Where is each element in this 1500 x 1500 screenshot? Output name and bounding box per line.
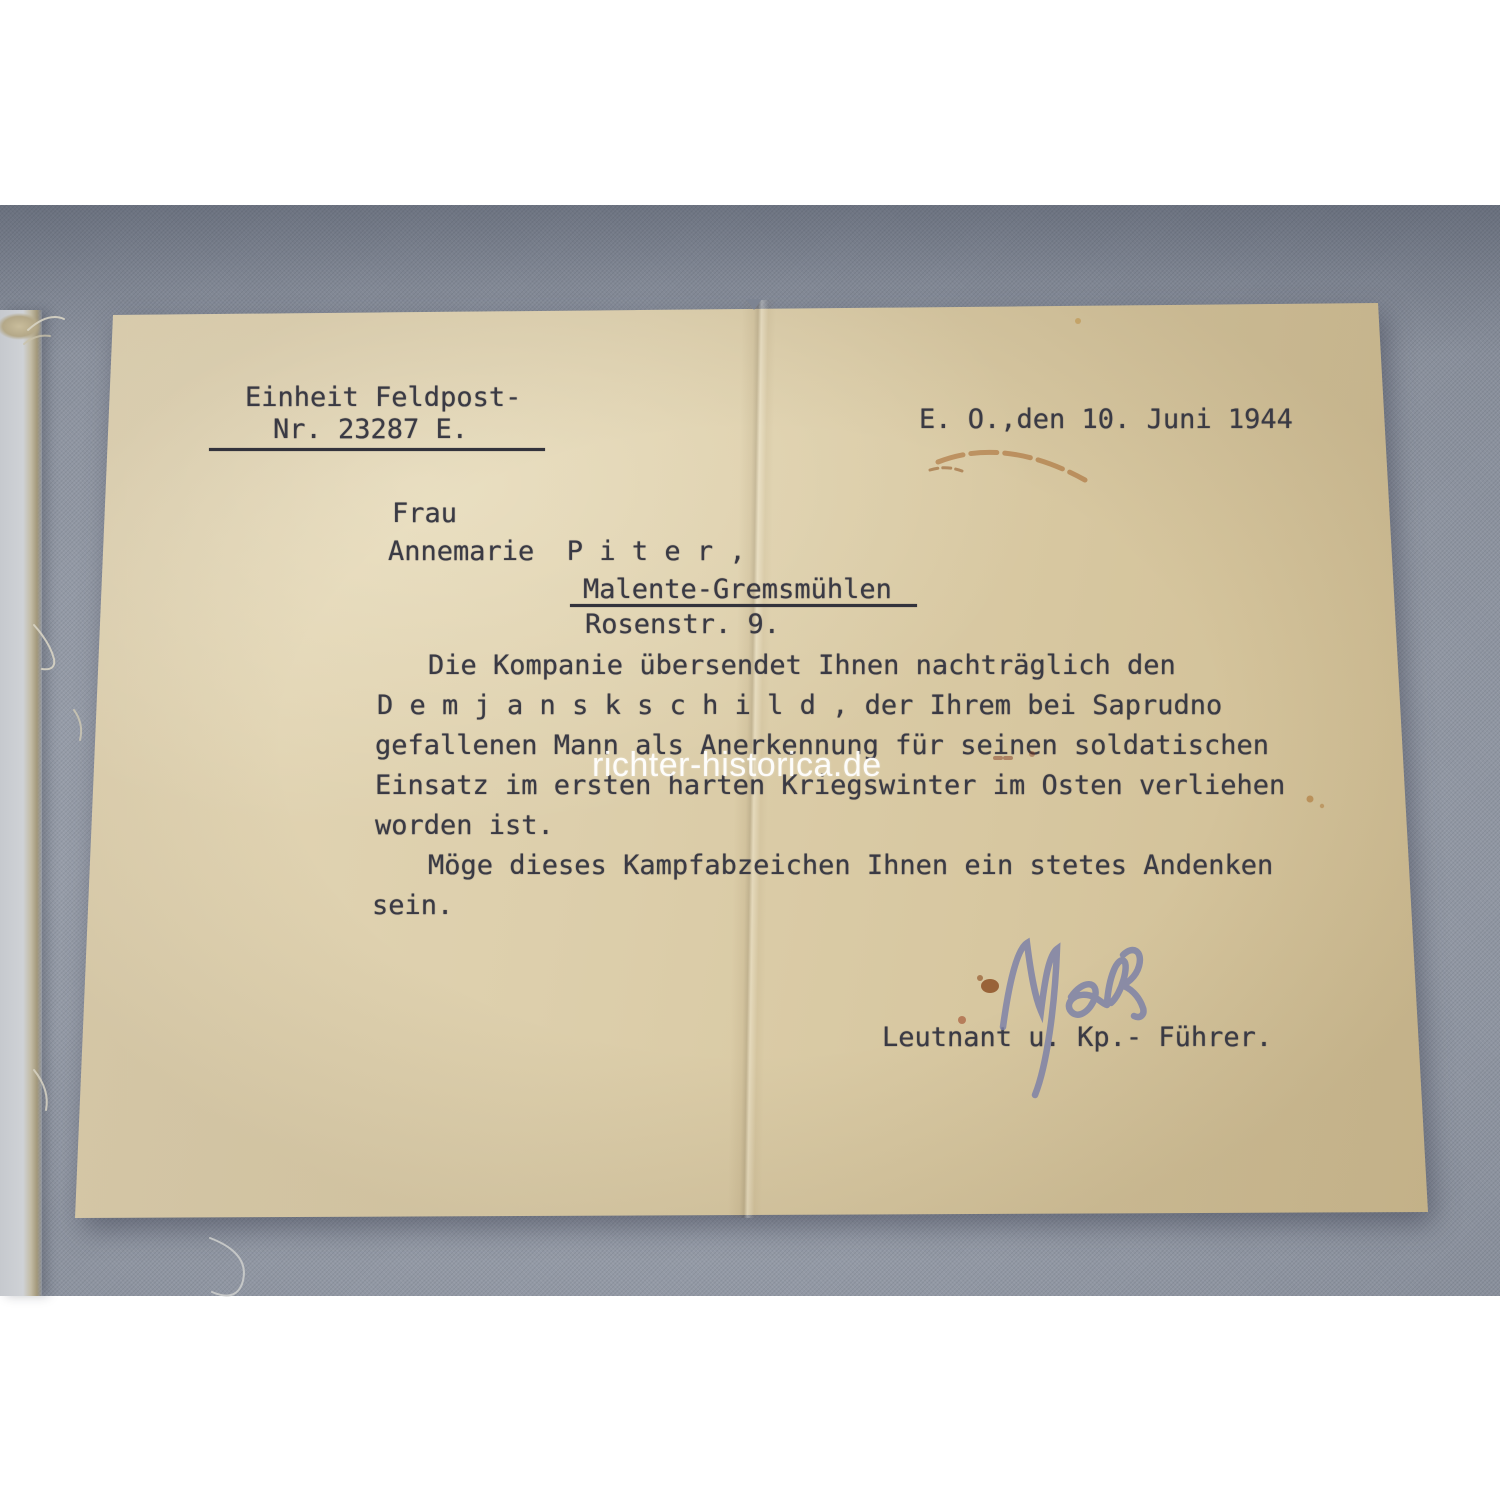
fold-top-notch	[746, 299, 762, 310]
town-underline	[570, 604, 917, 607]
watermark-text: richter-historica.de	[592, 746, 882, 785]
recipient-town: Malente-Gremsmühlen	[583, 576, 892, 603]
body-p1-line1: Die Kompanie übersendet Ihnen nachträgli…	[428, 652, 1176, 679]
body-p1-line2: D e m j a n s k s c h i l d , der Ihrem …	[377, 692, 1222, 719]
recipient-name: Annemarie P i t e r ,	[388, 538, 746, 565]
handwritten-signature-icon	[995, 935, 1165, 1110]
photo-of-letter: Einheit Feldpost- Nr. 23287 E. E. O.,den…	[0, 0, 1500, 1500]
body-p2-line2: sein.	[372, 892, 453, 919]
body-p2-line1: Möge dieses Kampfabzeichen Ihnen ein ste…	[428, 852, 1273, 879]
recipient-salutation: Frau	[392, 500, 457, 527]
body-p1-line5: worden ist.	[375, 812, 554, 839]
sender-underline	[209, 448, 545, 451]
sender-line-1: Einheit Feldpost-	[245, 384, 521, 411]
recipient-street: Rosenstr. 9.	[585, 611, 780, 638]
date-line: E. O.,den 10. Juni 1944	[919, 406, 1293, 433]
sender-line-2: Nr. 23287 E.	[273, 416, 468, 443]
